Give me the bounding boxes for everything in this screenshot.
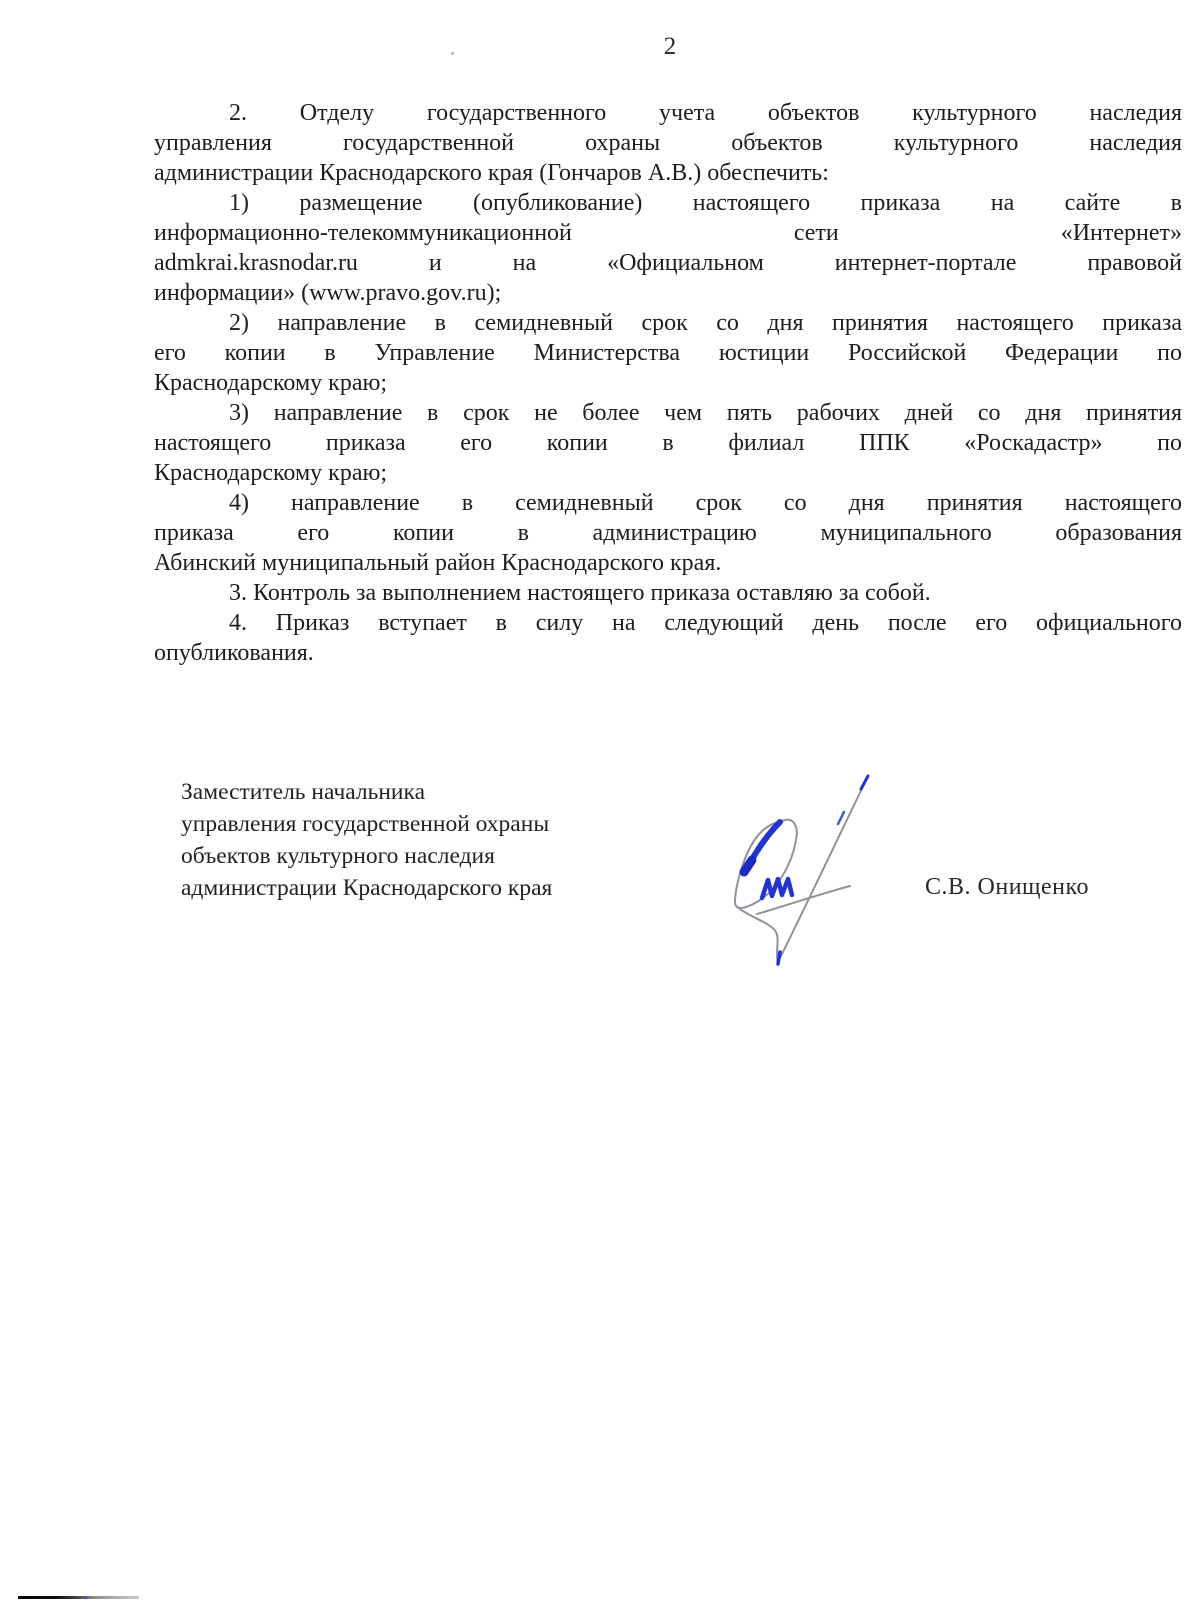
text-line: 4. Приказ вступает в силу на следующий д… [154,608,1182,638]
text-line: его копии в Управление Министерства юсти… [154,338,1182,368]
scan-ink-dot [84,1597,87,1599]
text-line: 4) направление в семидневный срок со дня… [154,488,1182,518]
signatory-title-line: объектов культурного наследия [181,840,651,872]
text-line: администрации Краснодарского края (Гонча… [154,158,1182,188]
text-line: 1) размещение (опубликование) настоящего… [154,188,1182,218]
text-line: 2. Отделу государственного учета объекто… [154,98,1182,128]
text-line: опубликования. [154,638,1182,668]
signatory-title-line: Заместитель начальника [181,776,651,808]
text-line: Краснодарскому краю; [154,368,1182,398]
document-page: 2 2. Отделу государственного учета объек… [0,0,1200,1617]
signatory-name: С.В. Онищенко [925,874,1089,901]
document-body: 2. Отделу государственного учета объекто… [154,98,1182,668]
text-line: настоящего приказа его копии в филиал ПП… [154,428,1182,458]
text-line: 3. Контроль за выполнением настоящего пр… [154,578,1182,608]
text-line: Краснодарскому краю; [154,458,1182,488]
text-line: 2) направление в семидневный срок со дня… [154,308,1182,338]
scan-speck [451,52,454,55]
text-line: admkrai.krasnodar.ru и на «Официальном и… [154,248,1182,278]
text-line: управления государственной охраны объект… [154,128,1182,158]
text-line: Абинский муниципальный район Краснодарск… [154,548,1182,578]
signatory-title-line: управления государственной охраны [181,808,651,840]
handwritten-signature-icon [690,746,890,981]
text-line: 3) направление в срок не более чем пять … [154,398,1182,428]
text-line: информационно-телекоммуникационной сети … [154,218,1182,248]
scan-artifact-line [18,1596,139,1599]
page-number: 2 [655,33,685,61]
text-line: информации» (www.pravo.gov.ru); [154,278,1182,308]
signatory-title-block: Заместитель начальникауправления государ… [181,776,651,904]
signatory-title-line: администрации Краснодарского края [181,872,651,904]
text-line: приказа его копии в администрацию муници… [154,518,1182,548]
